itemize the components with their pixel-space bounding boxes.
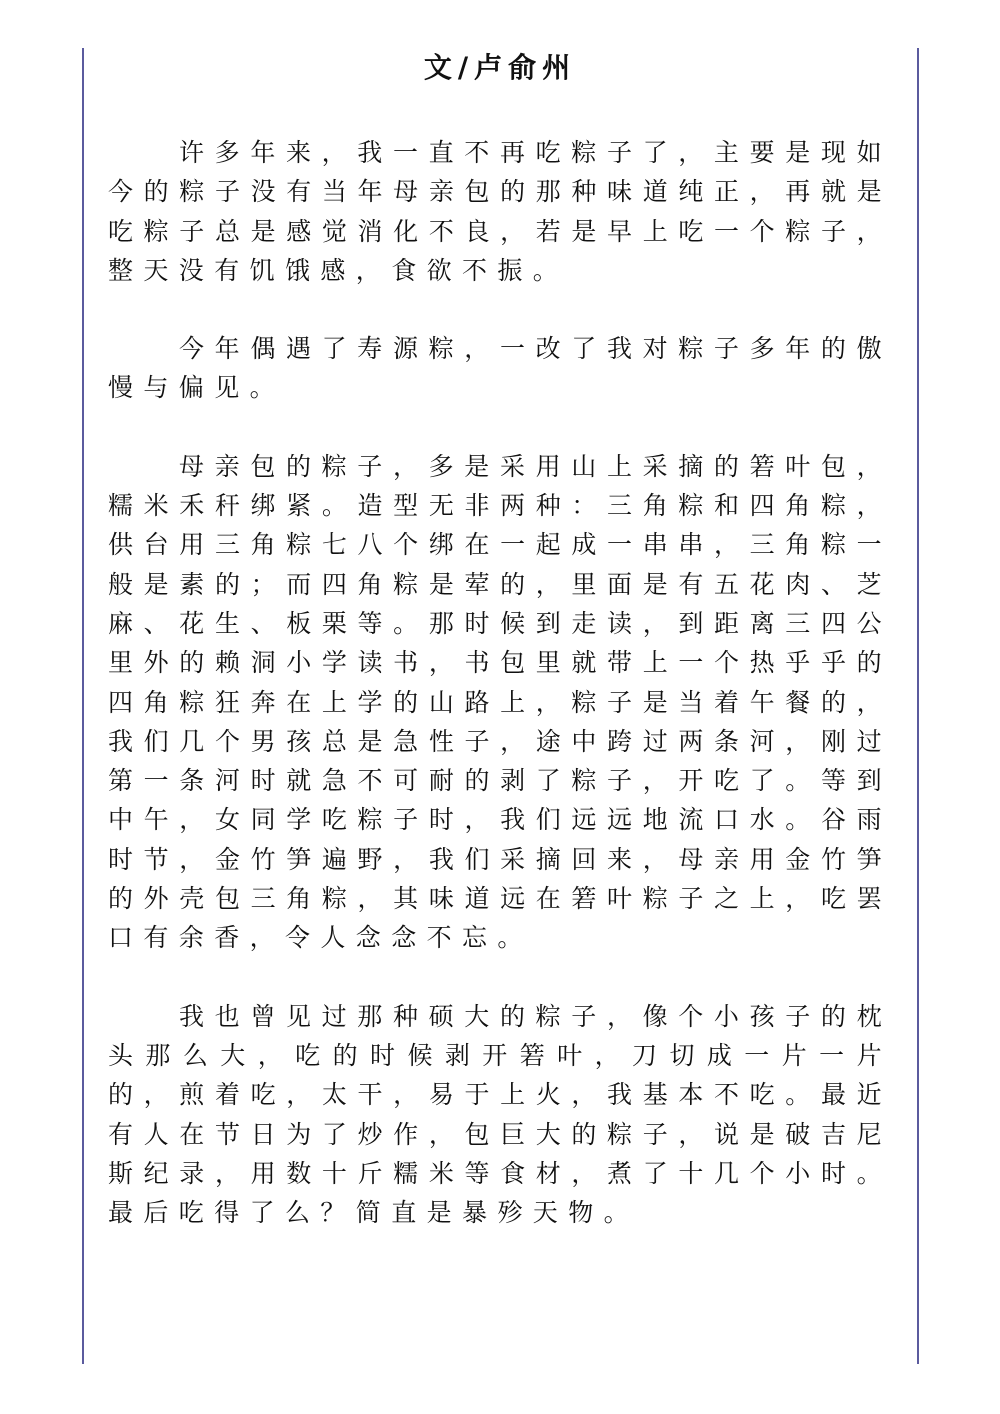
paragraph-4: 我也曾见过那种硕大的粽子，像个小孩子的枕头那么大，吃的时候剥开箬叶，刀切成一片一… xyxy=(108,997,892,1233)
author-byline: 文/卢俞州 xyxy=(0,50,1000,86)
paragraph-2: 今年偶遇了寿源粽，一改了我对粽子多年的傲慢与偏见。 xyxy=(108,329,892,408)
paragraph-1: 许多年来，我一直不再吃粽子了，主要是现如今的粽子没有当年母亲包的那种味道纯正，再… xyxy=(108,133,892,290)
right-margin-rule xyxy=(917,48,919,1364)
article-body: 许多年来，我一直不再吃粽子了，主要是现如今的粽子没有当年母亲包的那种味道纯正，再… xyxy=(108,133,892,1271)
paragraph-3: 母亲包的粽子，多是采用山上采摘的箬叶包，糯米禾秆绑紧。造型无非两种：三角粽和四角… xyxy=(108,447,892,958)
left-margin-rule xyxy=(82,48,84,1364)
